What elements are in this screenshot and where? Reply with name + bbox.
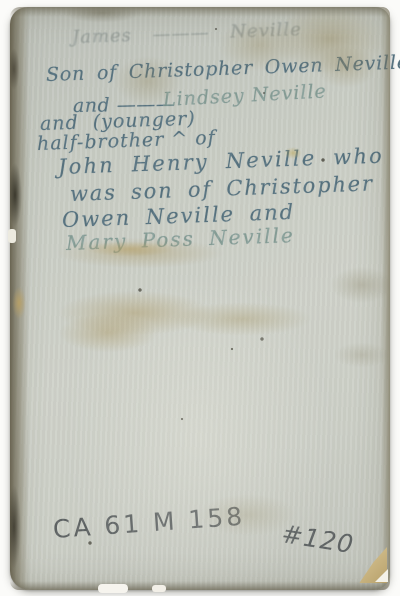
worn-edge-top — [10, 7, 390, 17]
corner-chip-notch — [375, 569, 388, 582]
inscription-faint-title: James ——— Neville — [72, 19, 302, 48]
bottom-edge-chip — [98, 584, 128, 593]
bottom-edge-chip — [152, 585, 166, 592]
left-edge-chip — [8, 229, 16, 243]
inscription-line: Lindsey Neville — [162, 80, 327, 111]
photo-card-back: James ——— Neville Son of Christopher Owe… — [10, 7, 390, 590]
worn-edge-bottom — [10, 581, 390, 590]
worn-edge-left — [10, 7, 29, 590]
worn-edge-right — [381, 7, 390, 590]
inscription-line: Son of Christopher Owen Neville — [46, 51, 400, 86]
item-number: #120 — [280, 519, 356, 559]
corner-chip-bottom-right — [357, 547, 387, 583]
catalog-code: CA 61 M 158 — [52, 502, 246, 544]
